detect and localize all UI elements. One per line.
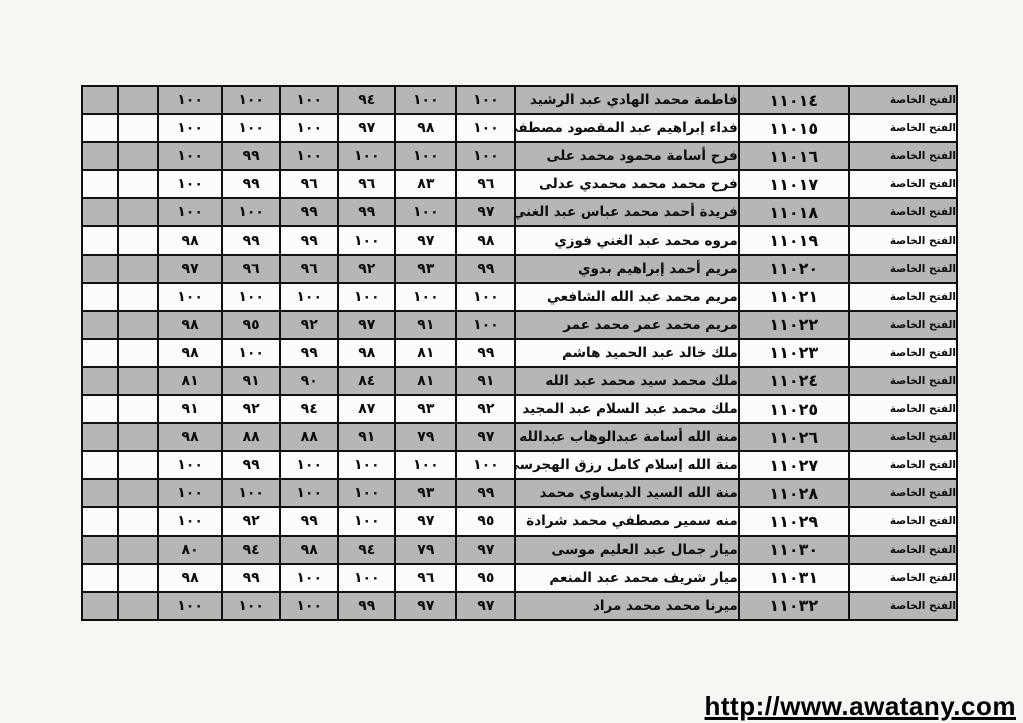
blank-cell (118, 395, 158, 423)
score-cell: ١٠٠ (222, 339, 280, 367)
score-cell: ١٠٠ (158, 198, 222, 226)
score-cell: ٩٩ (222, 564, 280, 592)
blank-cell (82, 114, 118, 142)
score-cell: ٩٨ (280, 536, 338, 564)
score-cell: ٩١ (338, 423, 395, 451)
student-name-cell: ميار شريف محمد عبد المنعم (515, 564, 738, 592)
table-row: ١٠٠٩٢٩٩١٠٠٩٧٩٥منه سمير مصطفي محمد شرادة١… (82, 507, 957, 535)
score-cell: ٩٨ (158, 339, 222, 367)
seat-number-cell: ١١٠٣١ (739, 564, 849, 592)
table-row: ٩٨٩٩١٠٠١٠٠٩٦٩٥ميار شريف محمد عبد المنعم١… (82, 564, 957, 592)
score-cell: ١٠٠ (222, 283, 280, 311)
score-cell: ٩٨ (158, 226, 222, 254)
blank-cell (82, 395, 118, 423)
score-cell: ١٠٠ (338, 479, 395, 507)
blank-cell (82, 255, 118, 283)
seat-number-cell: ١١٠٢١ (739, 283, 849, 311)
student-name-cell: مريم محمد عمر محمد عمر (515, 311, 738, 339)
results-table: ١٠٠١٠٠١٠٠٩٤١٠٠١٠٠فاطمة محمد الهادي عبد ا… (81, 85, 958, 621)
results-page: ١٠٠١٠٠١٠٠٩٤١٠٠١٠٠فاطمة محمد الهادي عبد ا… (0, 0, 1023, 723)
score-cell: ٩٦ (395, 564, 456, 592)
score-cell: ١٠٠ (158, 507, 222, 535)
school-name-cell: الفتح الخاصة (849, 564, 957, 592)
blank-cell (82, 423, 118, 451)
table-row: ١٠٠١٠٠١٠٠١٠٠١٠٠١٠٠مريم محمد عبد الله الش… (82, 283, 957, 311)
score-cell: ٩٩ (222, 226, 280, 254)
blank-cell (118, 507, 158, 535)
score-cell: ٩٩ (338, 198, 395, 226)
score-cell: ١٠٠ (222, 86, 280, 114)
score-cell: ٩٧ (158, 255, 222, 283)
score-cell: ١٠٠ (158, 451, 222, 479)
seat-number-cell: ١١٠٢٤ (739, 367, 849, 395)
score-cell: ١٠٠ (280, 142, 338, 170)
score-cell: ٩٨ (158, 311, 222, 339)
student-name-cell: منه سمير مصطفي محمد شرادة (515, 507, 738, 535)
score-cell: ١٠٠ (280, 283, 338, 311)
blank-cell (82, 536, 118, 564)
score-cell: ٩٨ (158, 423, 222, 451)
score-cell: ٨٤ (338, 367, 395, 395)
watermark-url-link[interactable]: http://www.awatany.com (705, 691, 1016, 722)
score-cell: ٨٨ (222, 423, 280, 451)
score-cell: ٩٧ (395, 592, 456, 620)
blank-cell (82, 339, 118, 367)
score-cell: ١٠٠ (338, 283, 395, 311)
blank-cell (82, 86, 118, 114)
seat-number-cell: ١١٠٣٠ (739, 536, 849, 564)
score-cell: ٩٩ (456, 479, 515, 507)
score-cell: ٩٣ (395, 395, 456, 423)
student-name-cell: فرح محمد محمد محمدي عدلى (515, 170, 738, 198)
blank-cell (82, 507, 118, 535)
student-name-cell: مريم محمد عبد الله الشافعي (515, 283, 738, 311)
score-cell: ٧٩ (395, 423, 456, 451)
score-cell: ٩٦ (222, 255, 280, 283)
score-cell: ١٠٠ (222, 114, 280, 142)
blank-cell (118, 423, 158, 451)
seat-number-cell: ١١٠١٨ (739, 198, 849, 226)
score-cell: ٩٧ (456, 592, 515, 620)
score-cell: ١٠٠ (395, 451, 456, 479)
score-cell: ٩٩ (222, 451, 280, 479)
table-row: ٨٠٩٤٩٨٩٤٧٩٩٧ميار جمال عبد العليم موسى١١٠… (82, 536, 957, 564)
score-cell: ٩٢ (338, 255, 395, 283)
blank-cell (118, 592, 158, 620)
table-row: ١٠٠٩٩١٠٠١٠٠١٠٠١٠٠فرح أسامة محمود محمد عل… (82, 142, 957, 170)
blank-cell (118, 198, 158, 226)
score-cell: ٩٢ (456, 395, 515, 423)
score-cell: ٩١ (395, 311, 456, 339)
student-name-cell: فاطمة محمد الهادي عبد الرشيد (515, 86, 738, 114)
score-cell: ١٠٠ (158, 479, 222, 507)
blank-cell (118, 339, 158, 367)
table-row: ٩١٩٢٩٤٨٧٩٣٩٢ملك محمد عبد السلام عبد المج… (82, 395, 957, 423)
student-name-cell: ميرنا محمد محمد مراد (515, 592, 738, 620)
seat-number-cell: ١١٠٢٨ (739, 479, 849, 507)
score-cell: ٨١ (395, 339, 456, 367)
blank-cell (118, 564, 158, 592)
score-cell: ٩٨ (158, 564, 222, 592)
score-cell: ١٠٠ (158, 86, 222, 114)
score-cell: ٩٩ (280, 198, 338, 226)
school-name-cell: الفتح الخاصة (849, 451, 957, 479)
score-cell: ٩٩ (222, 170, 280, 198)
table-row: ١٠٠١٠٠١٠٠٩٧٩٨١٠٠فداء إبراهيم عبد المقصود… (82, 114, 957, 142)
score-cell: ٩٨ (456, 226, 515, 254)
score-cell: ١٠٠ (158, 142, 222, 170)
score-cell: ٩٢ (222, 395, 280, 423)
score-cell: ١٠٠ (222, 198, 280, 226)
score-cell: ١٠٠ (280, 479, 338, 507)
seat-number-cell: ١١٠١٩ (739, 226, 849, 254)
blank-cell (118, 451, 158, 479)
score-cell: ٩٧ (456, 198, 515, 226)
seat-number-cell: ١١٠٢٣ (739, 339, 849, 367)
score-cell: ١٠٠ (338, 451, 395, 479)
school-name-cell: الفتح الخاصة (849, 142, 957, 170)
score-cell: ١٠٠ (222, 479, 280, 507)
seat-number-cell: ١١٠١٧ (739, 170, 849, 198)
score-cell: ٩٧ (456, 423, 515, 451)
blank-cell (82, 479, 118, 507)
student-name-cell: ملك محمد عبد السلام عبد المجيد (515, 395, 738, 423)
score-cell: ٩٧ (338, 311, 395, 339)
blank-cell (82, 451, 118, 479)
table-row: ١٠٠١٠٠٩٩٩٩١٠٠٩٧فريدة أحمد محمد عباس عبد … (82, 198, 957, 226)
score-cell: ٩١ (158, 395, 222, 423)
score-cell: ١٠٠ (395, 86, 456, 114)
score-cell: ١٠٠ (395, 142, 456, 170)
school-name-cell: الفتح الخاصة (849, 395, 957, 423)
student-name-cell: منة الله إسلام كامل رزق الهجرسي (515, 451, 738, 479)
school-name-cell: الفتح الخاصة (849, 479, 957, 507)
score-cell: ٨٠ (158, 536, 222, 564)
score-cell: ١٠٠ (456, 142, 515, 170)
score-cell: ٩٧ (395, 226, 456, 254)
table-row: ١٠٠١٠٠١٠٠٩٩٩٧٩٧ميرنا محمد محمد مراد١١٠٣٢… (82, 592, 957, 620)
score-cell: ٩٠ (280, 367, 338, 395)
blank-cell (118, 86, 158, 114)
blank-cell (118, 170, 158, 198)
student-name-cell: فريدة أحمد محمد عباس عبد الغني (515, 198, 738, 226)
score-cell: ٩٣ (395, 479, 456, 507)
blank-cell (118, 479, 158, 507)
seat-number-cell: ١١٠٢٢ (739, 311, 849, 339)
score-cell: ١٠٠ (158, 170, 222, 198)
score-cell: ٩٥ (456, 564, 515, 592)
student-name-cell: مريم أحمد إبراهيم بدوي (515, 255, 738, 283)
school-name-cell: الفتح الخاصة (849, 226, 957, 254)
student-name-cell: ميار جمال عبد العليم موسى (515, 536, 738, 564)
score-cell: ١٠٠ (456, 451, 515, 479)
table-row: ٨١٩١٩٠٨٤٨١٩١ملك محمد سيد محمد عبد الله١١… (82, 367, 957, 395)
seat-number-cell: ١١٠١٥ (739, 114, 849, 142)
student-name-cell: منة الله أسامة عبدالوهاب عبدالله (515, 423, 738, 451)
score-cell: ٩٥ (222, 311, 280, 339)
score-cell: ٩٩ (222, 142, 280, 170)
score-cell: ٨٣ (395, 170, 456, 198)
score-cell: ١٠٠ (280, 86, 338, 114)
student-name-cell: ملك محمد سيد محمد عبد الله (515, 367, 738, 395)
school-name-cell: الفتح الخاصة (849, 339, 957, 367)
blank-cell (82, 226, 118, 254)
score-cell: ٩٢ (280, 311, 338, 339)
student-name-cell: مروه محمد عبد الغني فوزي (515, 226, 738, 254)
table-row: ١٠٠٩٩١٠٠١٠٠١٠٠١٠٠منة الله إسلام كامل رزق… (82, 451, 957, 479)
score-cell: ١٠٠ (158, 592, 222, 620)
table-row: ١٠٠٩٩٩٦٩٦٨٣٩٦فرح محمد محمد محمدي عدلى١١٠… (82, 170, 957, 198)
school-name-cell: الفتح الخاصة (849, 283, 957, 311)
blank-cell (82, 311, 118, 339)
table-row: ٩٧٩٦٩٦٩٢٩٣٩٩مريم أحمد إبراهيم بدوي١١٠٢٠ا… (82, 255, 957, 283)
score-cell: ٩٦ (338, 170, 395, 198)
seat-number-cell: ١١٠٣٢ (739, 592, 849, 620)
results-rows: ١٠٠١٠٠١٠٠٩٤١٠٠١٠٠فاطمة محمد الهادي عبد ا… (82, 86, 957, 620)
score-cell: ٨٧ (338, 395, 395, 423)
blank-cell (82, 592, 118, 620)
school-name-cell: الفتح الخاصة (849, 367, 957, 395)
score-cell: ٩٩ (338, 592, 395, 620)
score-cell: ٩٦ (280, 170, 338, 198)
blank-cell (118, 142, 158, 170)
score-cell: ٩٩ (456, 255, 515, 283)
score-cell: ٩١ (456, 367, 515, 395)
blank-cell (118, 536, 158, 564)
score-cell: ٩٧ (456, 536, 515, 564)
score-cell: ٧٩ (395, 536, 456, 564)
blank-cell (82, 283, 118, 311)
blank-cell (82, 198, 118, 226)
blank-cell (82, 564, 118, 592)
school-name-cell: الفتح الخاصة (849, 170, 957, 198)
school-name-cell: الفتح الخاصة (849, 114, 957, 142)
school-name-cell: الفتح الخاصة (849, 507, 957, 535)
blank-cell (118, 367, 158, 395)
table-row: ١٠٠١٠٠١٠٠٩٤١٠٠١٠٠فاطمة محمد الهادي عبد ا… (82, 86, 957, 114)
score-cell: ١٠٠ (456, 114, 515, 142)
seat-number-cell: ١١٠١٦ (739, 142, 849, 170)
table-row: ٩٨٩٩٩٩١٠٠٩٧٩٨مروه محمد عبد الغني فوزي١١٠… (82, 226, 957, 254)
blank-cell (118, 283, 158, 311)
score-cell: ٩٩ (280, 507, 338, 535)
score-cell: ١٠٠ (338, 507, 395, 535)
score-cell: ٩٨ (338, 339, 395, 367)
score-cell: ١٠٠ (280, 451, 338, 479)
blank-cell (118, 226, 158, 254)
blank-cell (118, 311, 158, 339)
score-cell: ٩٣ (395, 255, 456, 283)
student-name-cell: منة الله السيد الديساوي محمد (515, 479, 738, 507)
score-cell: ١٠٠ (222, 592, 280, 620)
score-cell: ٩٩ (280, 226, 338, 254)
score-cell: ٩٤ (222, 536, 280, 564)
score-cell: ٩٧ (395, 507, 456, 535)
seat-number-cell: ١١٠٢٦ (739, 423, 849, 451)
score-cell: ١٠٠ (280, 114, 338, 142)
school-name-cell: الفتح الخاصة (849, 86, 957, 114)
table-row: ٩٨٨٨٨٨٩١٧٩٩٧منة الله أسامة عبدالوهاب عبد… (82, 423, 957, 451)
seat-number-cell: ١١٠٢٠ (739, 255, 849, 283)
table-row: ١٠٠١٠٠١٠٠١٠٠٩٣٩٩منة الله السيد الديساوي … (82, 479, 957, 507)
score-cell: ١٠٠ (338, 226, 395, 254)
school-name-cell: الفتح الخاصة (849, 255, 957, 283)
score-cell: ٩٤ (280, 395, 338, 423)
score-cell: ١٠٠ (456, 86, 515, 114)
score-cell: ١٠٠ (280, 564, 338, 592)
score-cell: ١٠٠ (395, 198, 456, 226)
blank-cell (82, 142, 118, 170)
seat-number-cell: ١١٠٢٥ (739, 395, 849, 423)
school-name-cell: الفتح الخاصة (849, 311, 957, 339)
blank-cell (118, 114, 158, 142)
score-cell: ٩٩ (280, 339, 338, 367)
score-cell: ٩٤ (338, 536, 395, 564)
score-cell: ٩٥ (456, 507, 515, 535)
score-cell: ٨٨ (280, 423, 338, 451)
score-cell: ٩٢ (222, 507, 280, 535)
student-name-cell: فرح أسامة محمود محمد على (515, 142, 738, 170)
score-cell: ٩٨ (395, 114, 456, 142)
score-cell: ٩٦ (456, 170, 515, 198)
score-cell: ١٠٠ (158, 283, 222, 311)
score-cell: ٨١ (395, 367, 456, 395)
score-cell: ١٠٠ (338, 142, 395, 170)
seat-number-cell: ١١٠١٤ (739, 86, 849, 114)
score-cell: ١٠٠ (456, 311, 515, 339)
score-cell: ٩٧ (338, 114, 395, 142)
score-cell: ٩٦ (280, 255, 338, 283)
score-cell: ٩١ (222, 367, 280, 395)
student-name-cell: ملك خالد عبد الحميد هاشم (515, 339, 738, 367)
score-cell: ٨١ (158, 367, 222, 395)
score-cell: ١٠٠ (395, 283, 456, 311)
seat-number-cell: ١١٠٢٩ (739, 507, 849, 535)
score-cell: ١٠٠ (338, 564, 395, 592)
score-cell: ٩٩ (456, 339, 515, 367)
school-name-cell: الفتح الخاصة (849, 423, 957, 451)
score-cell: ١٠٠ (456, 283, 515, 311)
student-name-cell: فداء إبراهيم عبد المقصود مصطفي (515, 114, 738, 142)
blank-cell (118, 255, 158, 283)
seat-number-cell: ١١٠٢٧ (739, 451, 849, 479)
blank-cell (82, 367, 118, 395)
school-name-cell: الفتح الخاصة (849, 198, 957, 226)
table-row: ٩٨٩٥٩٢٩٧٩١١٠٠مريم محمد عمر محمد عمر١١٠٢٢… (82, 311, 957, 339)
blank-cell (82, 170, 118, 198)
school-name-cell: الفتح الخاصة (849, 592, 957, 620)
table-row: ٩٨١٠٠٩٩٩٨٨١٩٩ملك خالد عبد الحميد هاشم١١٠… (82, 339, 957, 367)
score-cell: ١٠٠ (158, 114, 222, 142)
school-name-cell: الفتح الخاصة (849, 536, 957, 564)
score-cell: ١٠٠ (280, 592, 338, 620)
score-cell: ٩٤ (338, 86, 395, 114)
